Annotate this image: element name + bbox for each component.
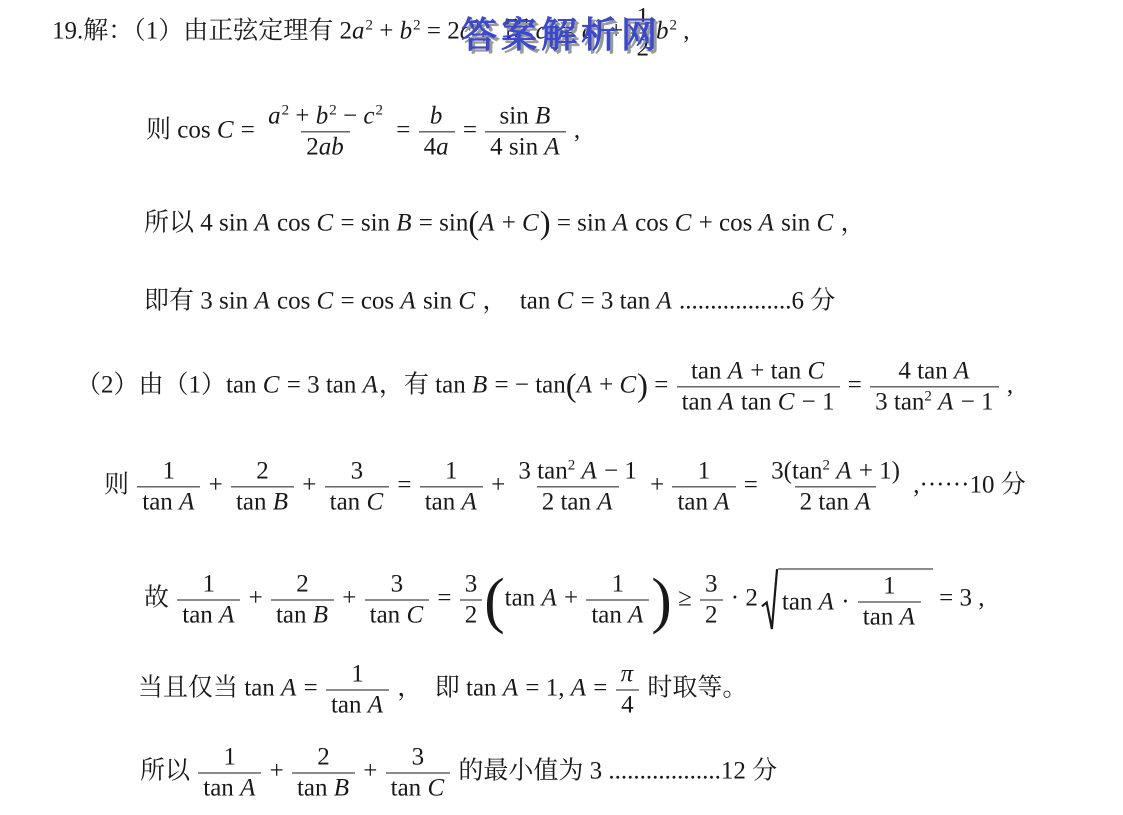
math-variable: A (240, 775, 256, 802)
math-text: + tan (744, 357, 807, 384)
math-text: = − tan (488, 372, 566, 399)
math-fraction: 1tan A (586, 571, 649, 630)
math-text: 3 (391, 571, 404, 598)
fraction-numerator: 1 (198, 571, 221, 600)
math-text: tan (425, 488, 462, 515)
fraction-numerator: 4 tan A (893, 357, 975, 386)
math-text: tan (391, 775, 428, 802)
math-text: tan (782, 586, 819, 617)
math-variable: A (281, 675, 297, 702)
math-text: 4 (424, 133, 437, 160)
math-fraction: a2 + b2 − c22ab (263, 102, 388, 161)
math-text: = (431, 585, 458, 612)
math-variable: C (557, 287, 575, 314)
math-text: 4 (621, 692, 634, 719)
math-text: = 3 tan (574, 287, 656, 314)
math-text: 1 (445, 457, 458, 484)
solution-document-page: 19.解：（1）由正弦定理有 2a2 + b2 = 2c2，即 c2 = a2 … (0, 0, 1123, 815)
math-text: sin (500, 102, 535, 129)
math-variable: A (819, 586, 835, 617)
fraction-denominator: 2 (700, 600, 723, 630)
math-variable: C (458, 287, 476, 314)
math-text: sin (775, 209, 817, 236)
math-text: = (390, 117, 417, 144)
math-text: = (391, 472, 418, 499)
math-text: tan (236, 488, 273, 515)
fraction-denominator: tan C (325, 486, 389, 516)
math-variable: A (577, 372, 593, 399)
math-text: 1 (203, 571, 216, 598)
math-text: tan (677, 488, 714, 515)
math-fraction: 3tan C (386, 744, 450, 803)
fraction-numerator: 1 (440, 457, 463, 486)
math-text: , (568, 117, 581, 144)
math-fraction: 32 (700, 571, 723, 630)
math-text: sin (417, 287, 459, 314)
math-variable: A (613, 209, 629, 236)
math-text: + (558, 585, 585, 612)
math-text: + (593, 372, 620, 399)
fraction-denominator: tan B (292, 773, 355, 803)
fraction-numerator: 3 (700, 571, 723, 600)
math-fraction: 1tan A (177, 571, 240, 630)
math-fraction: 1tan A (326, 661, 389, 720)
fraction-denominator: tan A (586, 600, 649, 630)
math-variable: A (597, 489, 613, 516)
math-variable: B (396, 209, 412, 236)
fraction-numerator: 2 (251, 457, 274, 486)
math-paren: ) (540, 206, 551, 242)
fraction-denominator: tan A tan C − 1 (677, 386, 840, 416)
math-variable: A (938, 389, 954, 416)
math-variable: c (363, 103, 375, 130)
math-variable: A (254, 287, 270, 314)
math-text: 2 tan (542, 489, 598, 516)
math-text: 即有 3 sin (144, 287, 254, 314)
math-variable: C (317, 287, 335, 314)
math-paren: ( (566, 368, 577, 404)
watermark: 答案解析网 (461, 7, 661, 58)
solution-line-3-sine-expansion: 所以 4 sin A cos C = sin B = sin(A + C) = … (144, 207, 866, 238)
math-text: ..................6 分 (673, 287, 836, 314)
math-superscript: 2 (413, 17, 421, 33)
math-variable: A (541, 585, 557, 612)
math-variable: B (535, 102, 551, 129)
math-text: 1 (163, 457, 176, 484)
math-text: − 1 (598, 458, 637, 485)
math-text: + 1) (853, 458, 900, 485)
math-variable: b (430, 102, 444, 129)
math-variable: C (366, 488, 384, 515)
fraction-numerator: π (616, 661, 640, 690)
fraction-denominator: 2ab (301, 132, 350, 162)
math-text: tan (330, 488, 367, 515)
math-text: = (297, 675, 324, 702)
fraction-numerator: 3 (346, 457, 369, 486)
math-variable: A (544, 133, 560, 160)
math-superscript: 2 (282, 102, 290, 118)
math-text: tan (142, 488, 179, 515)
math-text: = (648, 372, 675, 399)
math-text: 1 (612, 571, 625, 598)
math-variable: A (628, 602, 644, 629)
math-text: = (587, 675, 614, 702)
math-text: ， 即 tan (391, 675, 503, 702)
math-text: ，有 tan (379, 372, 472, 399)
math-text: cos (271, 209, 317, 236)
fraction-denominator: 2 (460, 600, 483, 630)
math-superscript: 2 (924, 388, 932, 404)
math-text: + (336, 585, 363, 612)
math-text: tan (203, 775, 240, 802)
math-variable: b (316, 103, 330, 130)
math-variable: A (254, 209, 270, 236)
math-variable: A (503, 675, 519, 702)
math-text: （2）由（1）tan (76, 372, 263, 399)
math-text: − 1 (954, 389, 993, 416)
math-text: tan (691, 357, 728, 384)
math-variable: A (219, 602, 235, 629)
math-fraction: 1tan A (137, 457, 200, 516)
math-sqrt: tan A · 1tan A (761, 569, 933, 632)
solution-line-4-tanC-result: 即有 3 sin A cos C = cos A sin C ， tan C =… (144, 285, 835, 316)
fraction-denominator: tan B (231, 486, 294, 516)
math-text: 时取等。 (641, 675, 747, 702)
math-fraction: 1tan A (198, 744, 261, 803)
math-text: + (263, 758, 290, 785)
math-text: + (485, 472, 512, 499)
math-superscript: 2 (823, 457, 831, 473)
math-text: · (835, 586, 856, 617)
math-fraction: 3(tan2 A + 1)2 tan A (766, 457, 905, 516)
math-text: + (202, 472, 229, 499)
math-text: = (457, 117, 484, 144)
math-text: = cos (334, 287, 400, 314)
math-text: − 1 (795, 388, 834, 415)
math-text: tan (863, 604, 900, 631)
math-variable: a (268, 103, 282, 130)
math-text: = (842, 372, 869, 399)
math-variable: A (714, 488, 730, 515)
fraction-denominator: tan C (365, 600, 429, 630)
math-text: tan (182, 602, 219, 629)
math-text: ， tan (476, 287, 557, 314)
math-text: 的最小值为 3 ..................12 分 (452, 758, 777, 785)
math-variable: A (759, 209, 775, 236)
math-text: 3 tan (875, 389, 924, 416)
math-text: + (357, 758, 384, 785)
fraction-numerator: 3 (386, 571, 409, 600)
fraction-numerator: 2 (291, 571, 314, 600)
math-variable: A (718, 388, 734, 415)
fraction-denominator: 4a (419, 131, 455, 161)
math-text: ≥ (672, 585, 698, 612)
math-text: 1 (883, 573, 896, 600)
math-variable: b (400, 18, 414, 45)
math-text: + (644, 472, 671, 499)
fraction-numerator: b (425, 102, 449, 131)
math-text: , (677, 18, 690, 45)
math-variable: C (317, 209, 335, 236)
math-text: 1 (224, 744, 237, 771)
fraction-denominator: 4 (616, 690, 639, 720)
math-variable: B (334, 775, 350, 802)
math-fraction: 2tan B (292, 744, 355, 803)
math-text: cos (629, 209, 675, 236)
math-text: 3(tan (771, 458, 822, 485)
math-fraction: tan A + tan Ctan A tan C − 1 (677, 357, 840, 416)
math-variable: A (836, 458, 852, 485)
fraction-denominator: 3 tan2 A − 1 (870, 386, 998, 416)
math-variable: C (778, 388, 796, 415)
math-text: = 3 , (933, 585, 985, 612)
math-text: 故 (144, 585, 175, 612)
math-text: = (235, 117, 262, 144)
fraction-numerator: sin B (495, 102, 557, 131)
math-variable: a (436, 133, 450, 160)
math-text: 当且仅当 tan (138, 675, 281, 702)
math-text: 3 (412, 744, 425, 771)
math-text: 2 (705, 602, 718, 629)
fraction-numerator: 2 (312, 744, 335, 773)
math-variable: A (728, 357, 744, 384)
math-text: tan (331, 692, 368, 719)
math-text: tan (505, 585, 542, 612)
math-variable: A (462, 488, 478, 515)
math-text: 1 (351, 661, 364, 688)
math-fraction: sin B4 sin A (485, 102, 565, 161)
math-text: 2 (256, 457, 269, 484)
fraction-denominator: tan A (177, 600, 240, 630)
math-variable: A (179, 488, 195, 515)
math-text: 19.解：（1）由正弦定理有 (52, 18, 340, 45)
math-text: tan (370, 602, 407, 629)
math-variable: A (368, 692, 384, 719)
math-variable: A (400, 287, 416, 314)
sqrt-radical-icon (761, 569, 778, 632)
fraction-denominator: tan A (672, 486, 735, 516)
math-text: 2 tan (800, 489, 856, 516)
math-fraction: 3 tan2 A − 12 tan A (513, 457, 641, 516)
math-text: = sin (413, 209, 469, 236)
fraction-numerator: 1 (158, 457, 181, 486)
math-text: 2 (296, 571, 309, 598)
math-fraction: 1tan A (420, 457, 483, 516)
fraction-denominator: 2 tan A (795, 487, 877, 517)
math-variable: A (479, 209, 495, 236)
math-text: = sin (551, 209, 613, 236)
solution-line-2-cosC: 则 cos C = a2 + b2 − c22ab = b4a = sin B4… (146, 102, 580, 161)
math-text: tan (591, 602, 628, 629)
fraction-denominator: tan A (858, 602, 921, 632)
math-text: + (495, 209, 522, 236)
fraction-denominator: 4 sin A (485, 131, 565, 161)
math-text: − (337, 103, 364, 130)
fraction-denominator: tan A (420, 486, 483, 516)
math-text: 2 (465, 602, 478, 629)
math-variable: B (273, 488, 289, 515)
fraction-denominator: tan A (198, 773, 261, 803)
fraction-denominator: tan C (386, 773, 450, 803)
math-variable: A (363, 372, 379, 399)
math-text: 3 tan (518, 458, 567, 485)
math-fraction: b4a (419, 102, 455, 161)
math-fraction: 3tan C (325, 457, 389, 516)
solution-line-6-sum-identity: 则 1tan A + 2tan B + 3tan C = 1tan A + 3 … (104, 457, 1026, 516)
math-text: ， (834, 209, 865, 236)
math-variable: C (406, 602, 424, 629)
math-text: 4 tan (898, 357, 954, 384)
math-text: = 2 (421, 18, 460, 45)
fraction-numerator: 1 (607, 571, 630, 600)
fraction-numerator: 3 tan2 A − 1 (513, 457, 641, 486)
math-fraction: 32 (460, 571, 483, 630)
math-variable: B (472, 372, 488, 399)
fraction-denominator: 2 tan A (537, 487, 619, 517)
math-text: 3 (705, 571, 718, 598)
math-text: 2 (317, 744, 330, 771)
math-variable: C (619, 372, 637, 399)
solution-line-7-amgm: 故 1tan A + 2tan B + 3tan C = 32(tan A + … (144, 569, 984, 632)
math-variable: A (571, 675, 587, 702)
math-text: · 2 (725, 585, 758, 612)
math-fraction: 1tan A (858, 573, 921, 632)
math-text: 2 (306, 134, 319, 161)
fraction-numerator: a2 + b2 − c2 (263, 102, 388, 131)
math-text: + cos (692, 209, 758, 236)
math-text: + (296, 472, 323, 499)
math-text: tan (735, 388, 778, 415)
math-fraction: 4 tan A3 tan2 A − 1 (870, 357, 998, 416)
math-text: cos (271, 287, 317, 314)
math-text: 所以 4 sin (144, 209, 254, 236)
math-text: + (289, 103, 316, 130)
math-variable: A (855, 489, 871, 516)
math-variable: A (954, 357, 970, 384)
fraction-numerator: 1 (219, 744, 242, 773)
fraction-numerator: 1 (693, 457, 716, 486)
math-text: tan (297, 775, 334, 802)
math-variable: A (900, 604, 916, 631)
math-text: + (242, 585, 269, 612)
math-variable: π (621, 661, 635, 688)
math-text: 4 sin (490, 133, 544, 160)
math-variable: C (675, 209, 693, 236)
math-variable: a (352, 18, 366, 45)
math-variable: C (807, 357, 825, 384)
fraction-numerator: 3(tan2 A + 1) (766, 457, 905, 486)
solution-line-8-equality-condition: 当且仅当 tan A = 1tan A ， 即 tan A = 1, A = π… (138, 661, 747, 720)
math-text: , (1001, 372, 1014, 399)
math-text: 3 (465, 571, 478, 598)
solution-line-5-tanB: （2）由（1）tan C = 3 tan A，有 tan B = − tan(A… (76, 357, 1013, 416)
math-text: ,······10 分 (907, 472, 1026, 499)
math-variable: C (217, 117, 235, 144)
math-variable: C (522, 209, 540, 236)
math-fraction: π4 (616, 661, 640, 720)
math-variable: A (656, 287, 672, 314)
math-text: = (738, 472, 765, 499)
math-fraction: 1tan A (672, 457, 735, 516)
math-text: tan (682, 388, 719, 415)
fraction-numerator: 1 (878, 573, 901, 602)
fraction-numerator: tan A + tan C (686, 357, 830, 386)
solution-line-9-minimum-value: 所以 1tan A + 2tan B + 3tan C 的最小值为 3 ....… (140, 744, 777, 803)
math-fraction: 3tan C (365, 571, 429, 630)
math-superscript: 2 (375, 102, 383, 118)
math-variable: C (427, 775, 445, 802)
math-variable: C (263, 372, 281, 399)
math-text: 3 (351, 457, 364, 484)
math-text: 则 (104, 472, 135, 499)
fraction-denominator: tan A (326, 690, 389, 720)
math-text: 1 (698, 457, 711, 484)
math-superscript: 2 (366, 17, 374, 33)
math-superscript: 2 (669, 17, 677, 33)
fraction-numerator: 1 (346, 661, 369, 690)
fraction-numerator: 3 (407, 744, 430, 773)
math-variable: B (313, 602, 329, 629)
math-variable: ab (319, 134, 345, 161)
math-text: + (373, 18, 400, 45)
math-fraction: 2tan B (271, 571, 334, 630)
sqrt-body: tan A · 1tan A (778, 569, 933, 632)
math-text: = sin (334, 209, 396, 236)
math-paren: ( (468, 206, 479, 242)
math-text: = 1, (519, 675, 571, 702)
math-variable: C (817, 209, 835, 236)
math-variable: A (581, 458, 597, 485)
math-text: 所以 (140, 758, 196, 785)
math-superscript: 2 (329, 102, 337, 118)
math-text: 则 cos (146, 117, 217, 144)
fraction-denominator: tan A (137, 486, 200, 516)
math-paren: ) (637, 368, 648, 404)
fraction-denominator: tan B (271, 600, 334, 630)
math-text: tan (276, 602, 313, 629)
math-fraction: 2tan B (231, 457, 294, 516)
fraction-numerator: 3 (460, 571, 483, 600)
math-text: 2 (340, 18, 353, 45)
math-text: = 3 tan (280, 372, 362, 399)
